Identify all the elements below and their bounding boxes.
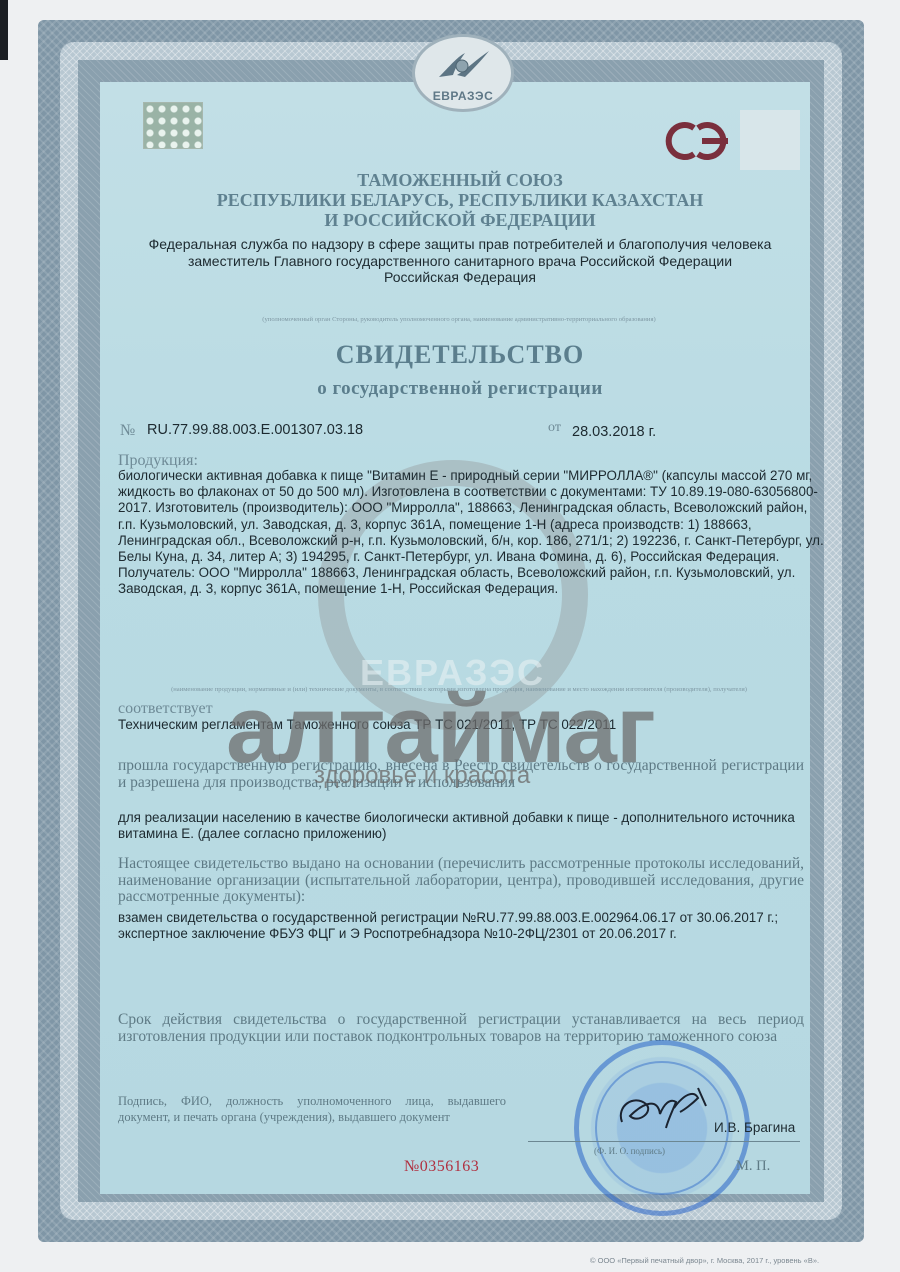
eaec-logo-label: ЕВРАЗЭС bbox=[415, 89, 511, 103]
basis-text: взамен свидетельства о государственной р… bbox=[118, 910, 824, 942]
registration-number-label: № bbox=[120, 422, 135, 440]
union-title-line3: И РОССИЙСКОЙ ФЕДЕРАЦИИ bbox=[120, 210, 800, 230]
usage-text: для реализации населению в качестве биол… bbox=[118, 810, 824, 842]
eac-conformity-mark-icon bbox=[656, 116, 736, 166]
authority-line3: Российская Федерация bbox=[120, 269, 800, 285]
serial-number: №0356163 bbox=[404, 1158, 479, 1176]
eaec-logo: ЕВРАЗЭС bbox=[412, 34, 514, 112]
authority-caption: (уполномоченный орган Стороны, руководит… bbox=[118, 316, 800, 323]
watermark-tagline: здоровье и красота bbox=[314, 762, 530, 790]
scan-edge bbox=[0, 0, 8, 60]
union-title-line2: РЕСПУБЛИКИ БЕЛАРУСЬ, РЕСПУБЛИКИ КАЗАХСТА… bbox=[120, 190, 800, 210]
registration-number: RU.77.99.88.003.Е.001307.03.18 bbox=[147, 422, 363, 438]
hologram-icon bbox=[143, 102, 203, 149]
printer-note: © ООО «Первый печатный двор», г. Москва,… bbox=[590, 1256, 819, 1265]
signer-name: И.В. Брагина bbox=[714, 1120, 795, 1135]
signature-caption: Подпись, ФИО, должность уполномоченного … bbox=[118, 1094, 506, 1125]
mark-panel bbox=[740, 110, 800, 170]
certificate-subtitle: о государственной регистрации bbox=[120, 378, 800, 400]
stamp-place-label: М. П. bbox=[736, 1158, 770, 1175]
authority-line2: заместитель Главного государственного са… bbox=[120, 253, 800, 269]
conformity-label: соответствует bbox=[118, 700, 213, 718]
fio-caption: (Ф. И. О. подпись) bbox=[594, 1146, 665, 1156]
signature-line bbox=[528, 1141, 800, 1142]
union-title-line1: ТАМОЖЕННЫЙ СОЮЗ bbox=[120, 170, 800, 190]
certificate-title: СВИДЕТЕЛЬСТВО bbox=[120, 340, 800, 370]
product-description: биологически активная добавка к пище "Ви… bbox=[118, 468, 824, 598]
registration-date: 28.03.2018 г. bbox=[572, 424, 656, 440]
validity-text: Срок действия свидетельства о государств… bbox=[118, 1012, 804, 1045]
eaec-logo-icon bbox=[435, 49, 491, 79]
authority-line1: Федеральная служба по надзору в сфере за… bbox=[120, 236, 800, 252]
basis-label: Настоящее свидетельство выдано на основа… bbox=[118, 856, 804, 906]
signature-icon bbox=[614, 1084, 724, 1134]
registration-date-label: от bbox=[548, 420, 561, 436]
